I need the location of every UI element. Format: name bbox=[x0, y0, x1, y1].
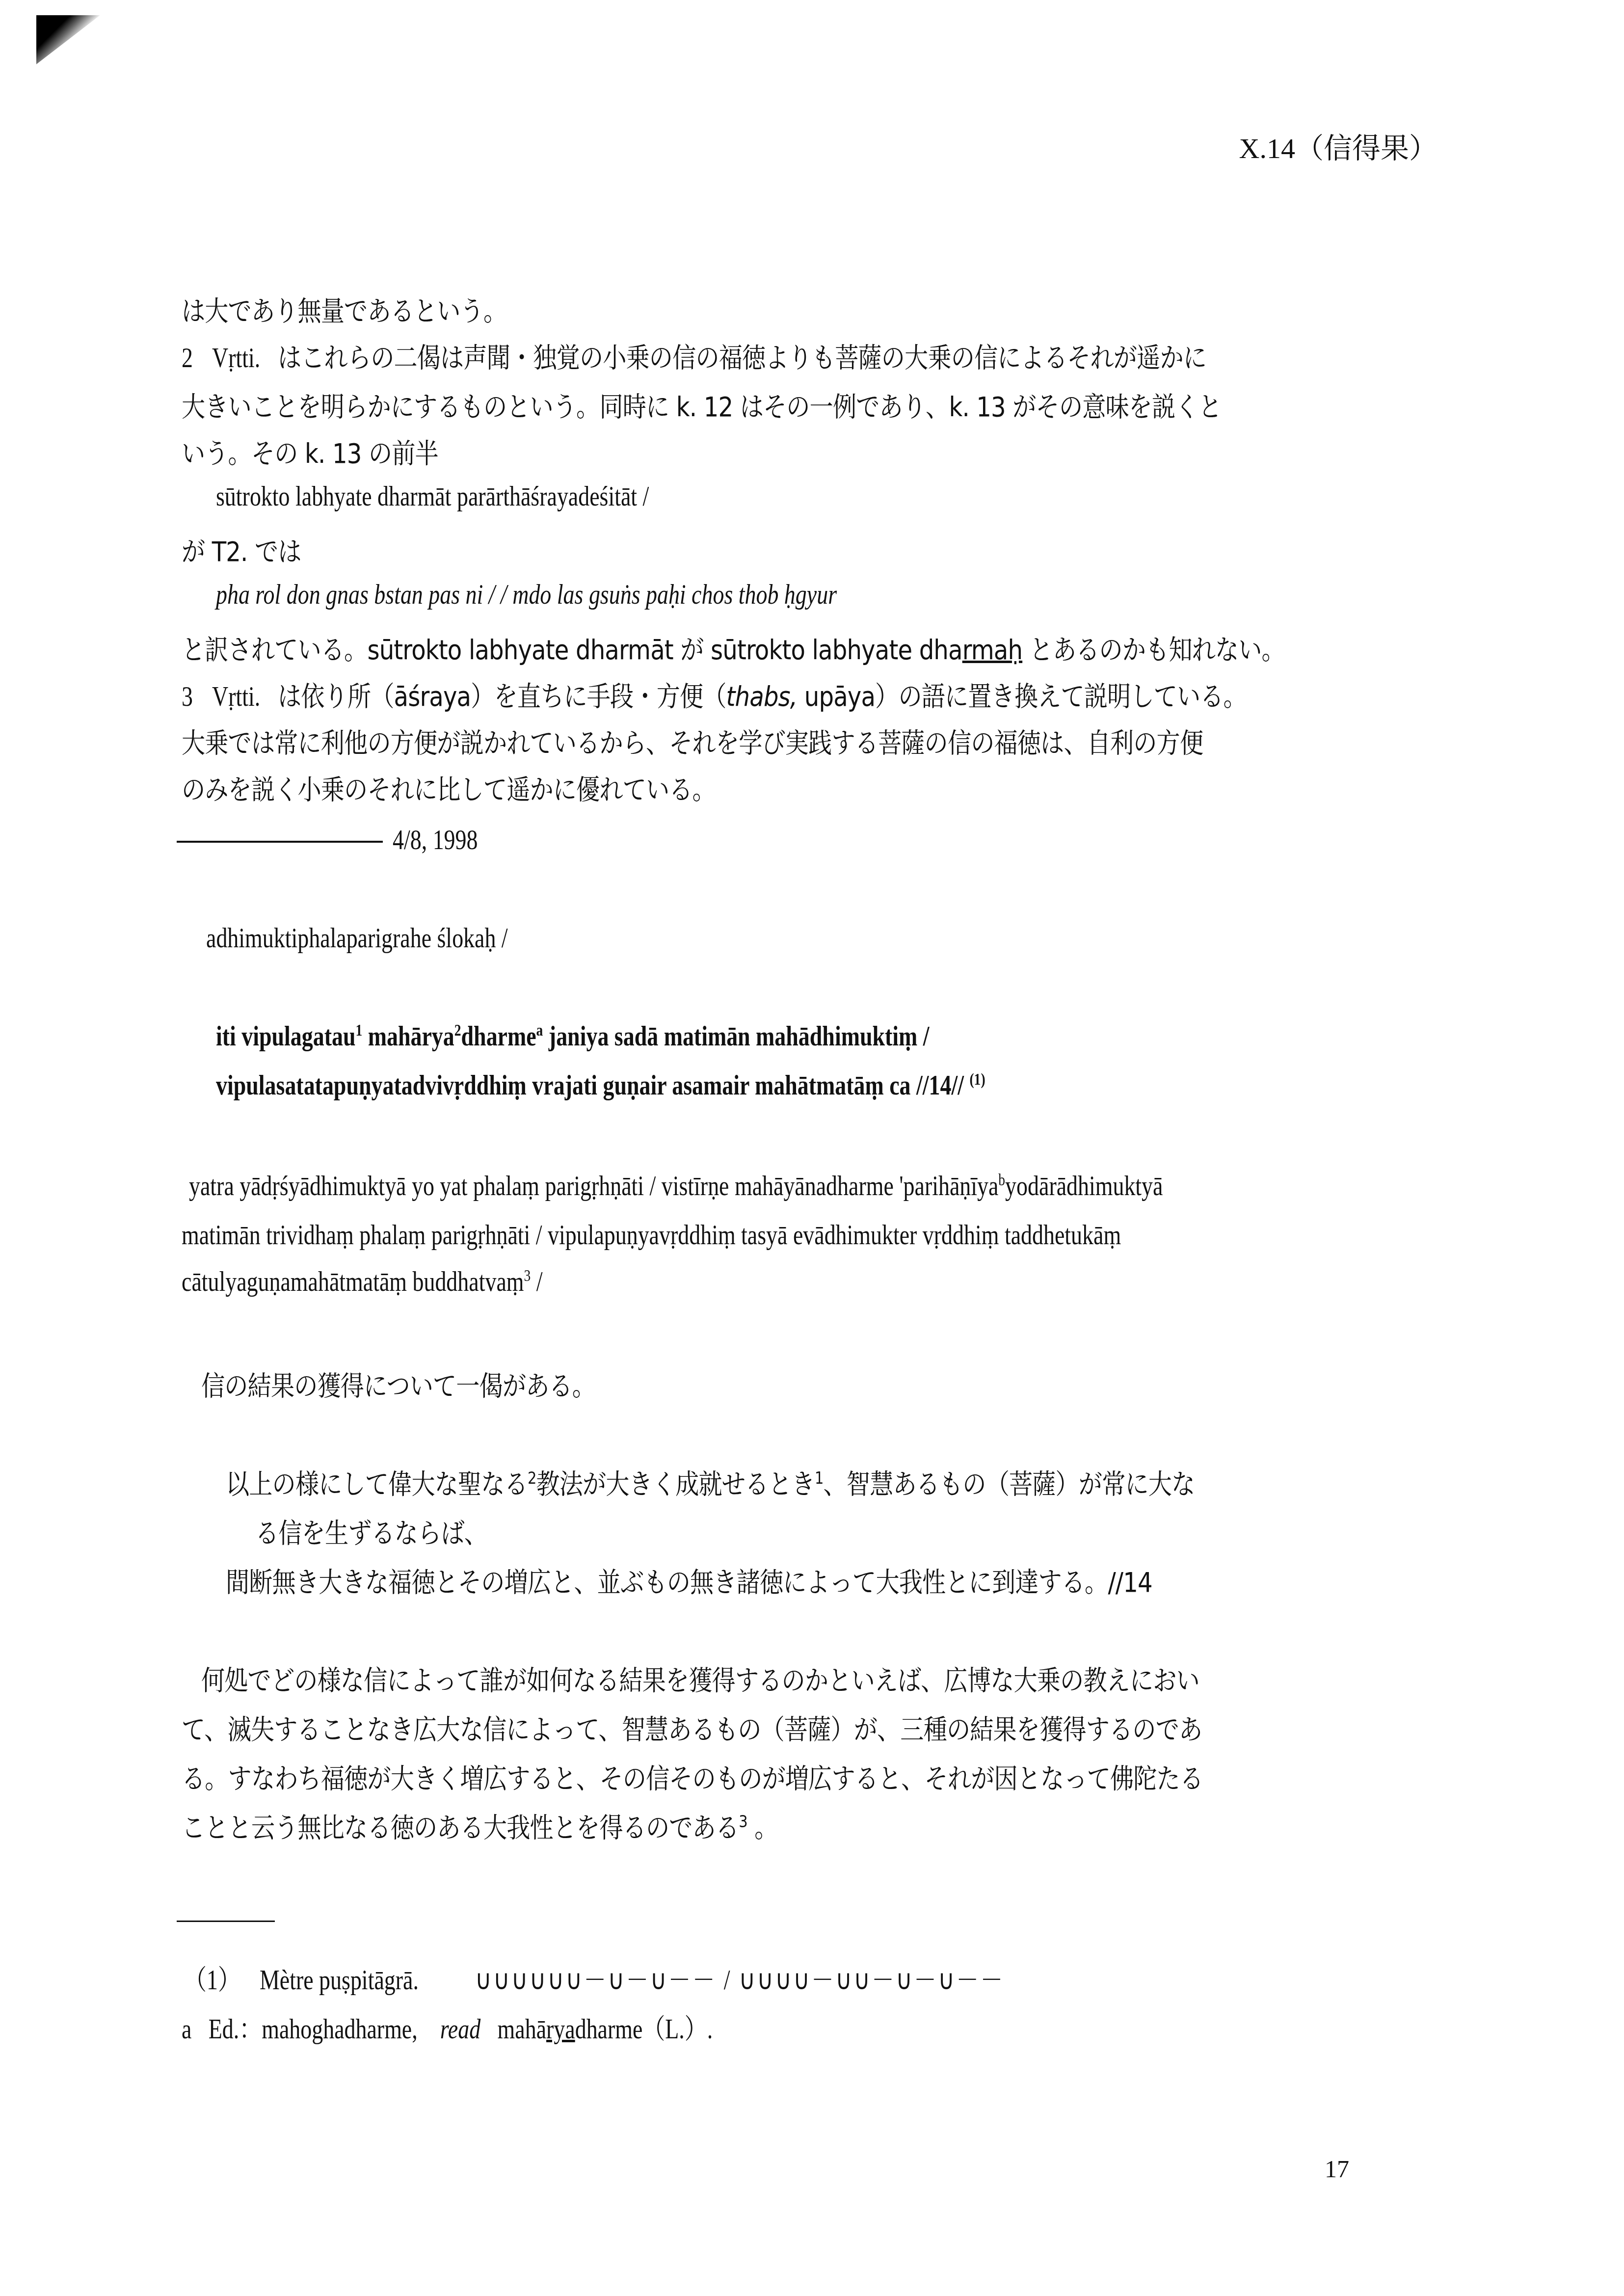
running-header: X.14（信得果） bbox=[1239, 125, 1438, 166]
verse-text: vipulasatatapuṇyatadvivṛddhiṃ vrajati gu… bbox=[216, 1070, 964, 1101]
verse-text: 以上の様にして偉大な聖なる bbox=[226, 1468, 528, 1500]
tibetan-quote: pha rol don gnas bstan pas ni / / mdo la… bbox=[216, 579, 837, 611]
footnote-label: a bbox=[182, 2014, 191, 2045]
verse-text: mahārya bbox=[362, 1021, 454, 1052]
note-3-line-3: のみを説く小乗のそれに比して遥かに優れている。 bbox=[182, 768, 716, 807]
commentary-text: cātulyaguṇamahātmatāṃ buddhatvaṃ bbox=[182, 1267, 524, 1297]
footnote-ref: (1) bbox=[969, 1070, 985, 1089]
translation-prose-line-4: ことと云う無比なる徳のある大我性とを得るのである3 。 bbox=[182, 1806, 777, 1845]
sanskrit-quote: sūtrokto labhyate dharmāt parārthāśrayad… bbox=[216, 481, 649, 512]
verse-text: 教法が大きく成就せるとき bbox=[536, 1468, 815, 1500]
translation-verse-line-2: る信を生ずるならば、 bbox=[255, 1512, 487, 1551]
translation-verse-line-3: 間断無き大きな福徳とその増広と、並ぶもの無き諸徳によって大我性とに到達する。//… bbox=[226, 1561, 1152, 1600]
footnote-a: a Ed.：mahoghadharme, read mahāryadharme（… bbox=[182, 2007, 713, 2047]
corrected-reading: mahāryadharme（L.）. bbox=[498, 2014, 713, 2045]
underlined-emendation: rmaḥ bbox=[962, 634, 1022, 666]
note-number: 2 bbox=[182, 343, 193, 374]
scan-artifact bbox=[36, 15, 100, 64]
footnote-ref: 2 bbox=[454, 1021, 461, 1040]
note-3-line-1: 3 Vṛtti. は依り所（āśraya）を直ちに手段・方便（thabs, up… bbox=[182, 675, 1404, 714]
commentary-text: yatra yādṛśyādhimuktyā yo yat phalaṃ par… bbox=[189, 1171, 998, 1201]
translation-prose-line-1: 何処でどの様な信によって誰が如何なる結果を獲得するのかといえば、広博な大乗の教え… bbox=[201, 1659, 1199, 1698]
commentary-text: yodārādhimuktyā bbox=[1005, 1171, 1163, 1201]
verse-text: dharme bbox=[461, 1021, 536, 1052]
note-2-line-3: いう。その k. 13 の前半 bbox=[182, 432, 438, 471]
page-number: 17 bbox=[1325, 2155, 1349, 2183]
note-text-italic: thabs, bbox=[726, 681, 797, 713]
verse-line-1: iti vipulagatau1 mahārya2dharmea janiya … bbox=[216, 1021, 930, 1052]
note-text-a: は依り所（āśraya）を直ちに手段・方便（ bbox=[278, 681, 726, 713]
translation-prose-line-3: る。すなわち福徳が大きく増広すると、その信そのものが増広すると、それが因となって… bbox=[182, 1757, 1203, 1796]
date-rule bbox=[177, 841, 383, 843]
note-text: はこれらの二偈は声聞・独覚の小乗の信の福徳よりも菩薩の大乗の信によるそれが遥かに bbox=[278, 336, 1206, 375]
edition-reading: Ed.：mahoghadharme, bbox=[209, 2014, 418, 2045]
verse-text: iti vipulagatau bbox=[216, 1021, 356, 1052]
commentary-line-3: cātulyaguṇamahātmatāṃ buddhatvaṃ3 / bbox=[182, 1266, 543, 1298]
section-heading: adhimuktiphalaparigrahe ślokaḥ / bbox=[206, 923, 508, 954]
note-2-line-1: 2 Vṛtti. はこれらの二偈は声聞・独覚の小乗の信の福徳よりも菩薩の大乗の信… bbox=[182, 336, 1358, 375]
translation-verse-line-1: 以上の様にして偉大な聖なる2教法が大きく成就せるとき1、智慧あるもの（菩薩）が常… bbox=[226, 1463, 1195, 1502]
footnote-ref: 3 bbox=[739, 1812, 747, 1831]
translated-text-end: とあるのかも知れない。 bbox=[1022, 634, 1285, 666]
commentary-text: / bbox=[531, 1267, 542, 1297]
prose-text: ことと云う無比なる徳のある大我性とを得るのである bbox=[182, 1812, 739, 1844]
note-text-end: upāya）の語に置き換えて説明している。 bbox=[797, 681, 1247, 713]
footnote-ref: 1 bbox=[815, 1468, 824, 1488]
note-text: は依り所（āśraya）を直ちに手段・方便（thabs, upāya）の語に置き… bbox=[278, 675, 1247, 714]
footnote-1: （1） Mètre puṣpitāgrā. ∪∪∪∪∪∪－∪－∪－－ / ∪∪∪… bbox=[184, 1958, 1120, 1998]
read-label: read bbox=[440, 2014, 480, 2045]
verse-text: 、智慧あるもの（菩薩）が常に大な bbox=[824, 1468, 1195, 1500]
translation-heading: 信の結果の獲得について一偈がある。 bbox=[201, 1364, 595, 1404]
footnote-ref: a bbox=[536, 1021, 543, 1040]
footnote-separator bbox=[177, 1921, 275, 1922]
date-stamp: 4/8, 1998 bbox=[393, 825, 478, 856]
note-continuation: は大であり無量であるという。 bbox=[182, 290, 506, 329]
word-part: mahā bbox=[498, 2014, 546, 2045]
t2-line: が T2. では bbox=[182, 530, 301, 569]
verse-line-2: vipulasatatapuṇyatadvivṛddhiṃ vrajati gu… bbox=[216, 1070, 985, 1101]
note-3-line-2: 大乗では常に利他の方便が説かれているから、それを学び実践する菩薩の信の福徳は、自… bbox=[182, 721, 1203, 761]
translated-line: と訳されている。sūtrokto labhyate dharmāt が sūtr… bbox=[182, 628, 1285, 667]
commentary-line-2: matimān trividhaṃ phalaṃ parigṛhṇāti / v… bbox=[182, 1220, 1121, 1251]
word-underlined: rya bbox=[546, 2014, 575, 2045]
word-part: dharme（L.）. bbox=[575, 2014, 713, 2045]
footnote-ref: b bbox=[998, 1171, 1005, 1189]
vrtti-label: Vṛtti. bbox=[212, 343, 260, 374]
note-number: 3 bbox=[182, 681, 193, 713]
verse-text: janiya sadā matimān mahādhimuktiṃ / bbox=[543, 1021, 929, 1052]
metre-scansion: ∪∪∪∪∪∪－∪－∪－－ / ∪∪∪∪－∪∪－∪－∪－－ bbox=[475, 1958, 1005, 1998]
vrtti-label: Vṛtti. bbox=[212, 681, 260, 713]
translated-text: と訳されている。sūtrokto labhyate dharmāt が sūtr… bbox=[182, 634, 962, 666]
translation-prose-line-2: て、滅失することなき広大な信によって、智慧あるもの（菩薩）が、三種の結果を獲得す… bbox=[182, 1708, 1202, 1747]
footnote-ref: 1 bbox=[356, 1021, 363, 1040]
commentary-line-1: yatra yādṛśyādhimuktyā yo yat phalaṃ par… bbox=[189, 1171, 1163, 1202]
note-2-line-2: 大きいことを明らかにするものという。同時に k. 12 はその一例であり、k. … bbox=[182, 385, 1222, 425]
metre-name: Mètre puṣpitāgrā. bbox=[260, 1965, 419, 1996]
prose-text: 。 bbox=[747, 1812, 778, 1844]
footnote-ref: 3 bbox=[524, 1267, 531, 1285]
footnote-ref: 2 bbox=[528, 1468, 536, 1488]
footnote-label: （1） bbox=[184, 1958, 240, 1998]
